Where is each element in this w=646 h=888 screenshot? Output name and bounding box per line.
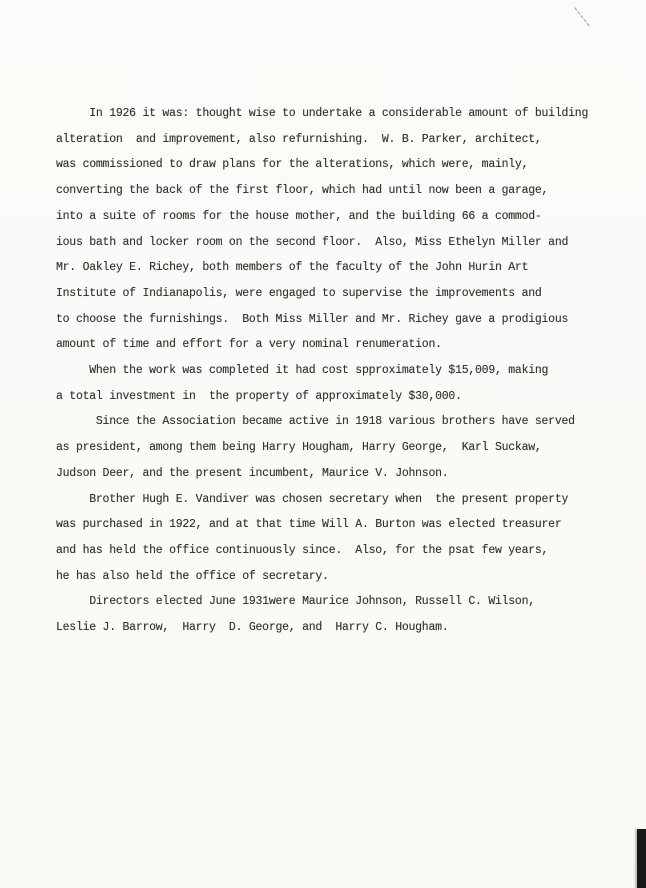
document-line: When the work was completed it had cost … [56, 358, 616, 384]
document-line: Institute of Indianapolis, were engaged … [56, 281, 616, 307]
document-line: he has also held the office of secretary… [56, 564, 616, 590]
document-line: to choose the furnishings. Both Miss Mil… [56, 307, 616, 333]
document-line: ious bath and locker room on the second … [56, 230, 616, 256]
scanned-document-page: In 1926 it was: thought wise to undertak… [0, 0, 646, 888]
document-line: and has held the office continuously sin… [56, 538, 616, 564]
document-line: Brother Hugh E. Vandiver was chosen secr… [56, 487, 616, 513]
document-line: Leslie J. Barrow, Harry D. George, and H… [56, 615, 616, 641]
document-line: alteration and improvement, also refurni… [56, 127, 616, 153]
document-line: was commissioned to draw plans for the a… [56, 152, 616, 178]
pen-stroke-mark [570, 4, 596, 32]
document-line: was purchased in 1922, and at that time … [56, 512, 616, 538]
document-line: Mr. Oakley E. Richey, both members of th… [56, 255, 616, 281]
document-line: converting the back of the first floor, … [56, 178, 616, 204]
document-line: Directors elected June 1931were Maurice … [56, 589, 616, 615]
document-line: as president, among them being Harry Hou… [56, 435, 616, 461]
typewritten-text-block: In 1926 it was: thought wise to undertak… [56, 101, 616, 641]
document-line: into a suite of rooms for the house moth… [56, 204, 616, 230]
document-line: a total investment in the property of ap… [56, 384, 616, 410]
document-line: Judson Deer, and the present incumbent, … [56, 461, 616, 487]
document-line: In 1926 it was: thought wise to undertak… [56, 101, 616, 127]
document-line: Since the Association became active in 1… [56, 409, 616, 435]
document-line: amount of time and effort for a very nom… [56, 332, 616, 358]
scanner-edge-artifact [637, 829, 646, 888]
